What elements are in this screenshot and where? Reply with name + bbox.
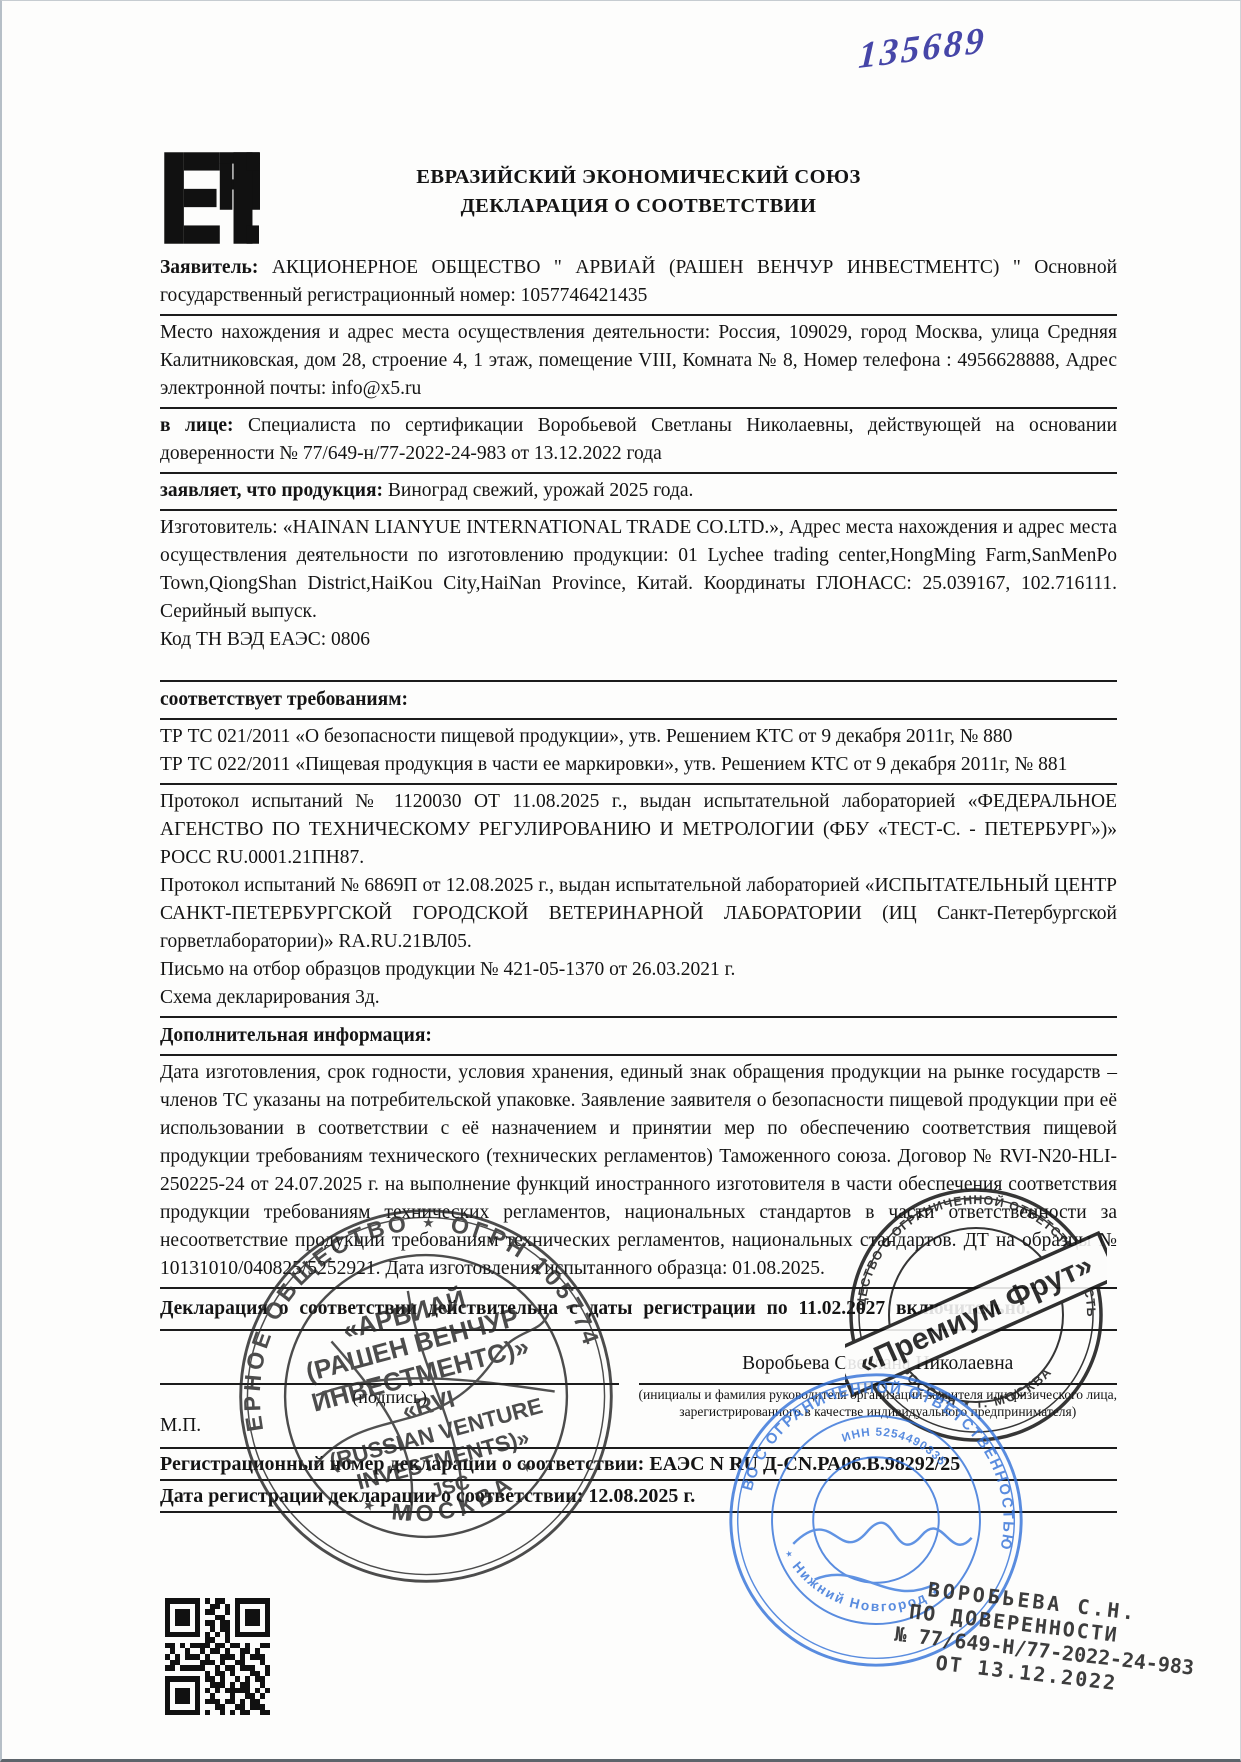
blue-stamp-ring-bottom: ⋆ Нижний Новгород ⋆ [772, 1544, 947, 1632]
product-label: заявляет, что продукция: [160, 480, 383, 501]
registration-number-line: Регистрационный номер декларации о соотв… [160, 1449, 1117, 1481]
signature-caption-right: (инициалы и фамилия руководителя организ… [639, 1387, 1118, 1420]
applicant-block: Заявитель: АКЦИОНЕРНОЕ ОБЩЕСТВО " АРВИАЙ… [160, 251, 1117, 316]
attorney-stamp: ВОРОБЬЕВА С.Н. ПО ДОВЕРЕННОСТИ № 77/649-… [891, 1574, 1240, 1708]
protocols-block: Протокол испытаний № 1120030 ОТ 11.08.20… [160, 785, 1117, 1018]
manufacturer-text: Изготовитель: «HAINAN LIANYUE INTERNATIO… [160, 514, 1117, 626]
product-block: заявляет, что продукция: Виноград свежий… [160, 474, 1117, 511]
attorney-stamp-line1: ВОРОБЬЕВА С.Н. [927, 1577, 1240, 1636]
person-label: в лице: [160, 415, 234, 436]
additional-info-heading: Дополнительная информация: [160, 1018, 1117, 1056]
name-underline [639, 1383, 1118, 1385]
sampling-letter: Письмо на отбор образцов продукции № 421… [160, 956, 1117, 984]
requirement-2: ТР ТС 022/2011 «Пищевая продукция в част… [160, 751, 1117, 779]
tnved-code: Код ТН ВЭД ЕАЭС: 0806 [160, 626, 1117, 654]
signature-caption-left: (подпись) [198, 1387, 581, 1408]
svg-text:⋆ Нижний Новгород ⋆: ⋆ Нижний Новгород ⋆ [772, 1544, 947, 1632]
registration-date-line: Дата регистрации декларации о соответств… [160, 1481, 1117, 1513]
signatory-name: Воробьева Светлана Николаевна [658, 1353, 1098, 1375]
protocol-1: Протокол испытаний № 1120030 ОТ 11.08.20… [160, 788, 1117, 872]
applicant-label: Заявитель: [160, 257, 258, 278]
stamp-place-label: М.П. [160, 1415, 201, 1437]
additional-info-block: Дата изготовления, срок годности, услови… [160, 1056, 1117, 1289]
signature-line [160, 1383, 619, 1385]
protocol-2: Протокол испытаний № 6869П от 12.08.2025… [160, 872, 1117, 956]
declaration-scheme: Схема декларирования 3д. [160, 984, 1117, 1012]
person-block: в лице: Специалиста по сертификации Воро… [160, 409, 1117, 474]
qr-code [165, 1598, 270, 1715]
requirement-1: ТР ТС 021/2011 «О безопасности пищевой п… [160, 723, 1117, 751]
attorney-stamp-line2: ПО ДОВЕРЕННОСТИ [908, 1599, 1237, 1660]
signature-area: (подпись) М.П. Воробьева Светлана Никола… [160, 1331, 1117, 1449]
person-text: Специалиста по сертификации Воробьевой С… [160, 415, 1117, 464]
title-line2: ДЕКЛАРАЦИЯ О СООТВЕТСТВИИ [160, 192, 1117, 221]
applicant-text: АКЦИОНЕРНОЕ ОБЩЕСТВО " АРВИАЙ (РАШЕН ВЕН… [160, 257, 1117, 306]
eac-logo-icon [160, 149, 260, 247]
declaration-document: 135689 [0, 0, 1241, 1762]
blue-signature-scribble [786, 1496, 972, 1614]
document-title: ЕВРАЗИЙСКИЙ ЭКОНОМИЧЕСКИЙ СОЮЗ ДЕКЛАРАЦИ… [160, 147, 1117, 221]
product-text: Виноград свежий, урожай 2025 года. [388, 480, 694, 501]
document-header: ЕВРАЗИЙСКИЙ ЭКОНОМИЧЕСКИЙ СОЮЗ ДЕКЛАРАЦИ… [160, 147, 1117, 251]
address-block: Место нахождения и адрес места осуществл… [160, 316, 1117, 409]
requirements-block: ТР ТС 021/2011 «О безопасности пищевой п… [160, 720, 1117, 785]
title-line1: ЕВРАЗИЙСКИЙ ЭКОНОМИЧЕСКИЙ СОЮЗ [160, 163, 1117, 192]
document-content: ЕВРАЗИЙСКИЙ ЭКОНОМИЧЕСКИЙ СОЮЗ ДЕКЛАРАЦИ… [160, 1, 1117, 1513]
attorney-stamp-line3: № 77/649-Н/77-2022-24-983 [893, 1622, 1234, 1684]
validity-statement: Декларация о соответствии действительна … [160, 1289, 1117, 1331]
manufacturer-block: Изготовитель: «HAINAN LIANYUE INTERNATIO… [160, 511, 1117, 682]
attorney-stamp-line4: ОТ 13.12.2022 [934, 1651, 1231, 1708]
requirements-heading: соответствует требованиям: [160, 682, 1117, 720]
